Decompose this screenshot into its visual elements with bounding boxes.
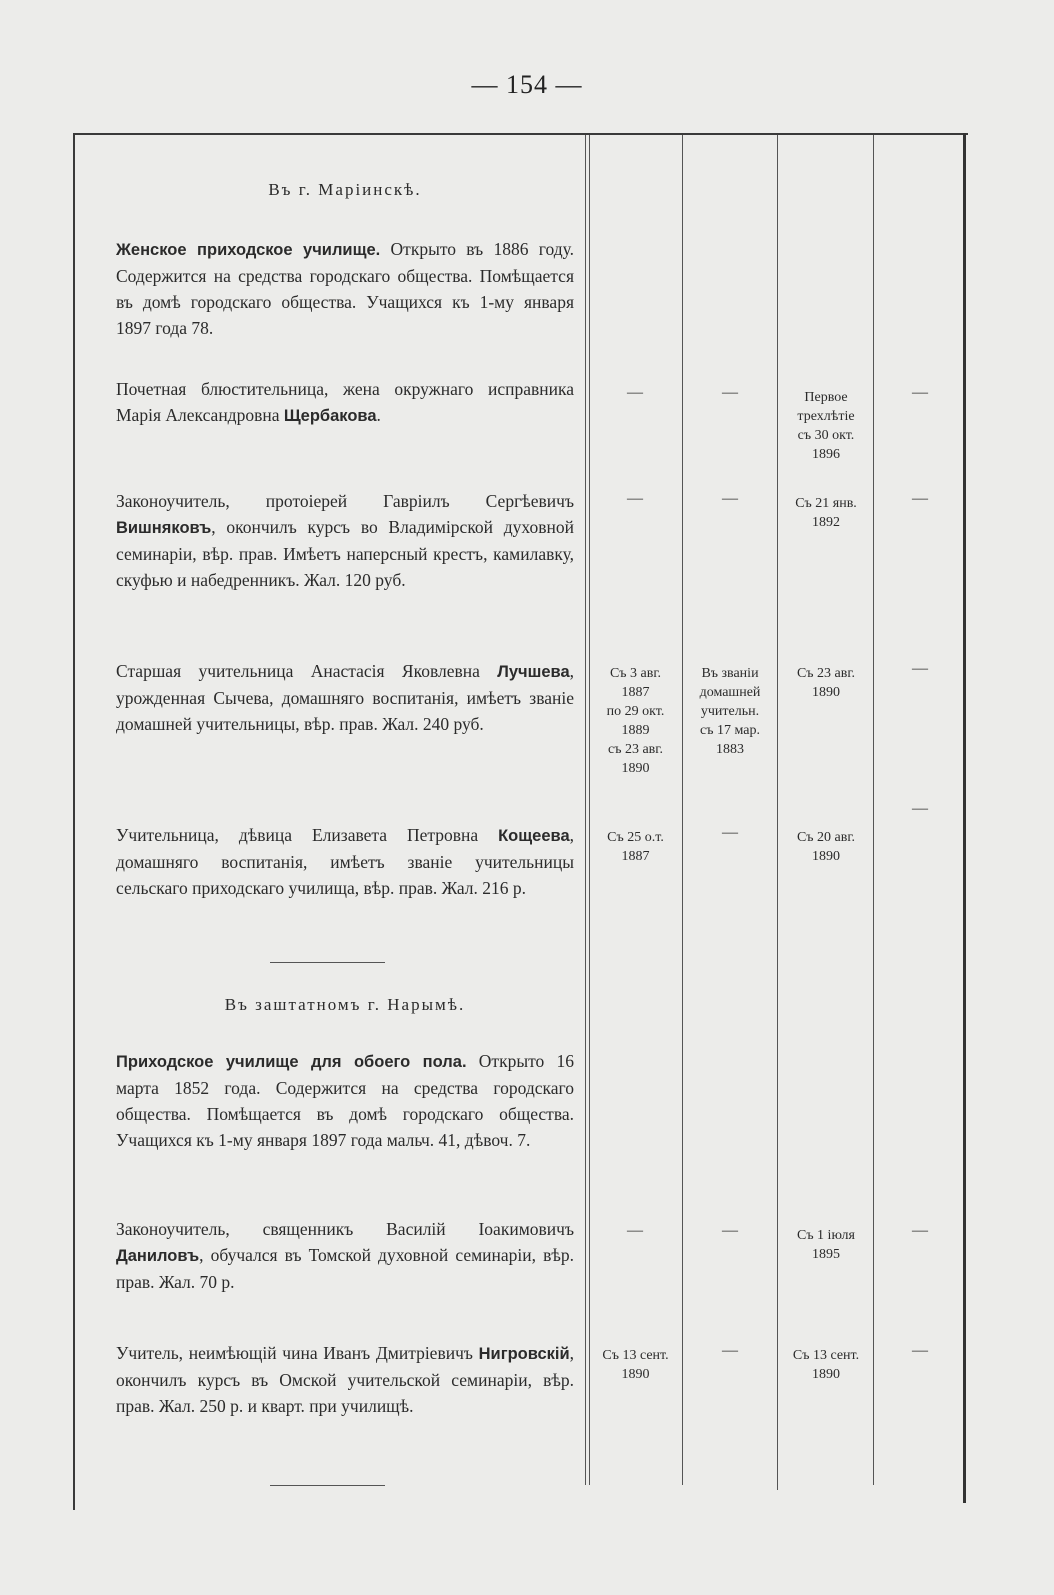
table-right-border xyxy=(963,133,966,1503)
cell-col2: — xyxy=(690,384,770,402)
cell-col3: Съ 13 сент.1890 xyxy=(780,1346,872,1384)
cell-col2: — xyxy=(690,824,770,842)
cell-col3: Съ 21 янв.1892 xyxy=(780,494,872,532)
cell-col1: Съ 13 сент.1890 xyxy=(589,1346,682,1384)
cell-col2: — xyxy=(690,1342,770,1360)
section-heading-mariinsk: Въ г. Маріинскѣ. xyxy=(116,180,574,200)
section-heading-narym: Въ заштатномъ г. Нарымѣ. xyxy=(116,995,574,1015)
entry-vishnyakov: Законоучитель, протоіерей Гавріилъ Сергѣ… xyxy=(116,488,574,593)
entry-koshcheeva: Учительница, дѣвица Елизавета Петровна К… xyxy=(116,822,574,901)
column-divider xyxy=(873,135,874,1485)
entry-shcherbakova: Почетная блюстительница, жена окружнаго … xyxy=(116,376,574,429)
surname: Кощеева xyxy=(498,827,570,845)
cell-col4: — xyxy=(880,384,960,402)
school-name: Приходское училище для обоего пола. xyxy=(116,1053,467,1071)
cell-col2: Въ званіидомашнейучительн.съ 17 мар.1883 xyxy=(683,664,777,759)
column-divider xyxy=(589,135,590,1485)
surname: Щербакова xyxy=(284,407,377,425)
cell-col4: — xyxy=(880,490,960,508)
cell-col1: Съ 25 о.т.1887 xyxy=(589,828,682,866)
cell-col3: Съ 20 авг.1890 xyxy=(780,828,872,866)
column-divider xyxy=(585,135,586,1485)
cell-col4: — xyxy=(880,1342,960,1360)
school-name: Женское приходское училище. xyxy=(116,241,380,259)
cell-col1: — xyxy=(595,490,675,508)
surname: Нигровскій xyxy=(479,1345,570,1363)
cell-col1: — xyxy=(595,1222,675,1240)
cell-col3: Съ 23 авг.1890 xyxy=(780,664,872,702)
cell-col2: — xyxy=(690,490,770,508)
column-divider xyxy=(682,135,683,1485)
entry-nigrovsky: Учитель, неимѣющій чина Иванъ Дмитріевич… xyxy=(116,1340,574,1419)
cell-col1: Съ 3 авг.1887по 29 окт.1889съ 23 авг.189… xyxy=(589,664,682,778)
cell-col4: — xyxy=(880,1222,960,1240)
surname: Лучшева xyxy=(497,663,569,681)
cell-col4: — xyxy=(880,660,960,678)
entry-luchsheva: Старшая учительница Анастасія Яковлевна … xyxy=(116,658,574,737)
cell-col2: — xyxy=(690,1222,770,1240)
page-number: — 154 — xyxy=(0,70,1054,100)
cell-col4: — xyxy=(880,800,960,818)
column-divider xyxy=(777,135,778,1490)
surname: Вишняковъ xyxy=(116,519,211,537)
entry-danilov: Законоучитель, священникъ Василій Іоаким… xyxy=(116,1216,574,1295)
school-description: Женское приходское училище. Открыто въ 1… xyxy=(116,236,574,341)
surname: Даниловъ xyxy=(116,1247,199,1265)
cell-col3: Первоетрехлѣтіесъ 30 окт.1896 xyxy=(780,388,872,464)
school-description: Приходское училище для обоего пола. Откр… xyxy=(116,1048,574,1153)
cell-col1: — xyxy=(595,384,675,402)
section-divider xyxy=(270,962,385,963)
cell-col3: Съ 1 іюля1895 xyxy=(780,1226,872,1264)
end-divider xyxy=(270,1485,385,1486)
